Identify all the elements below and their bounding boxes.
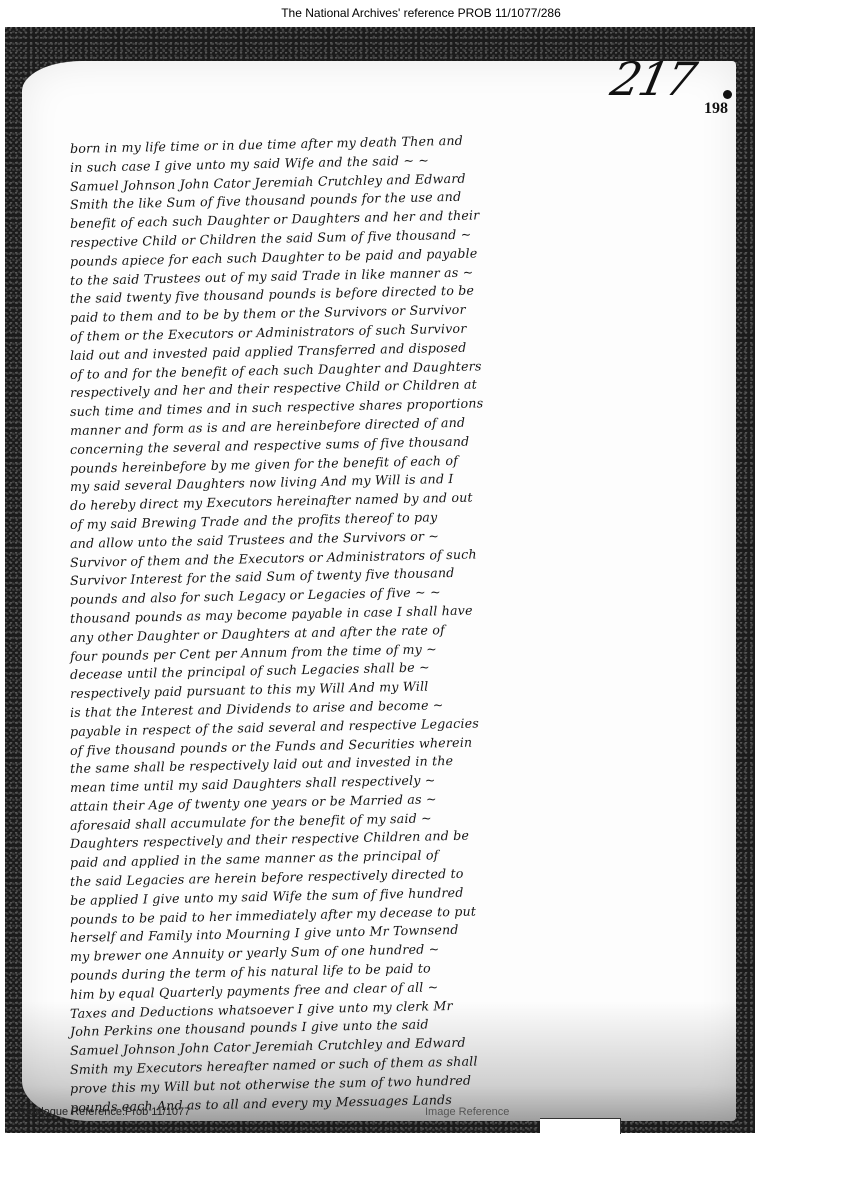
image-reference: Image Reference bbox=[425, 1106, 509, 1118]
ink-dot-mark bbox=[723, 90, 732, 99]
folio-number: 217 bbox=[606, 52, 699, 106]
stamped-page-number: 198 bbox=[704, 100, 728, 118]
catalogue-reference: Catalogue Reference:Prob 11/1077 bbox=[18, 1106, 190, 1118]
document-reference-header: The National Archives' reference PROB 11… bbox=[0, 6, 842, 20]
reference-label-tab bbox=[540, 1118, 621, 1134]
handwritten-text-block: born in my life time or in due time afte… bbox=[70, 140, 590, 1117]
